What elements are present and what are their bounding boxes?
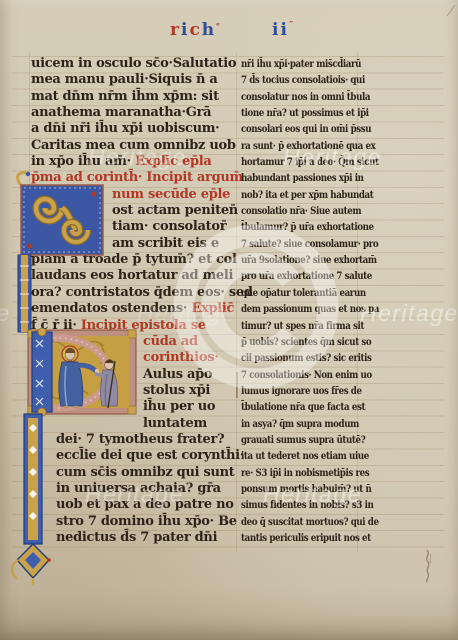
body-text: tione nr̄a? ut possimus et ip̄i [241,107,369,119]
text-line: tione nr̄a? ut possimus et ip̄i [241,105,356,121]
text-line: Aulus ap̄o [31,367,237,383]
body-text: f̄ c̄ r̄ ii· [31,318,81,333]
text-line: nob? ita et per xp̄m habundat [241,187,356,203]
pen-mark [418,548,436,584]
text-line: stro 7 domino ih̄u xp̄o· Be [31,514,237,530]
text-line: consolari eos qui in om̄i p̄ssu [241,121,356,137]
body-text: anathema maranatha·Grā [31,105,211,120]
body-text: ora? contristatos q̄dem eos· sed [31,285,253,300]
marginal-flourish-top [18,172,28,188]
text-line: in asya? q̄m supra modum [241,416,356,432]
body-text: am scribit eis e [112,236,219,251]
rubric-text: p̄ma ad corinth̄· Incipit argum̄ [31,170,243,185]
body-text: Caritas mea cum omnibz uob [31,138,236,153]
running-title-mark: ᵉ [216,21,220,31]
text-line: eccl̄ie dei que est corynth̄i· [31,448,237,464]
text-line: ora? contristatos q̄dem eos· sed [31,285,237,301]
text-line: corinthios· [31,350,237,366]
text-line: uicem in osculo sc̄o·Salutatio [31,56,237,72]
numeral-mark: ˜ [289,21,294,31]
text-line: p̄ma ad corinth̄· Incipit argum̄ [31,170,237,186]
running-title: richᵉ ii˜ [0,20,458,46]
body-text: a dn̄i nr̄i ih̄u xp̄i uobiscum· [31,121,219,136]
text-line: lumus ignorare uos fr̄es de [241,383,356,399]
body-text: hortamur 7 ip̄i a deo· Q̄m sicut [241,156,379,168]
text-line: mea manu pauli·Siquis n̄ a [31,72,237,88]
rubric-text: num secūde ep̄le [112,187,230,202]
text-line: uob et pax a deo patre no [31,497,237,513]
watermark-text: Heritage [0,300,11,327]
text-line: plam a troade p̄ tytum̄? et col [31,252,237,268]
body-text: nob? ita et per xp̄m habundat [241,189,373,201]
body-text: consolatio nr̄a· Siue autem [241,205,361,217]
text-line: simus fidentes in nobis? s3 in [241,497,356,513]
body-text: plam a troade p̄ tytum̄? et col [31,252,237,267]
text-line: tiam· consolator̄ [31,219,237,235]
body-text: 7 d̄s tocius consolatiois· qui [241,74,365,86]
body-text: uob et pax a deo patre no [56,497,234,512]
body-text: eccl̄ie dei que est corynth̄i· [56,448,244,463]
body-text: cum sc̄is omnibz qui sunt [56,465,235,480]
text-line: in uniuersa achaia? gr̄a [31,481,237,497]
body-text: luntatem [143,416,207,431]
body-text: emendatos ostendens· [31,301,191,316]
rubric-text: Explīc ep̄la [135,154,212,169]
running-title-word: richᵉ [170,20,220,40]
text-line: ost actam peniten̄ [31,203,237,219]
body-text: mat dn̄m nr̄m ih̄m xp̄m: sit [31,89,219,104]
body-text: tiam· consolator̄ [112,219,226,234]
text-line: deo q̄ suscitat mortuos? qui de [241,514,356,530]
text-line: luntatem [31,416,237,432]
body-text: cii passionum estis? sic eritis [241,352,371,364]
body-text: habundant passiones xp̄i in [241,172,364,184]
text-line: re· S3 ip̄i in nobismetip̄is res [241,465,356,481]
body-text: nedictus d̄s 7 pater dn̄i [56,530,217,545]
paragraph-tick [236,372,238,398]
body-text: consolari eos qui in om̄i p̄ssu [241,123,371,135]
text-line: num secūde ep̄le [31,187,237,203]
text-line: grauati sumus supra ūtutē? [241,432,356,448]
body-text: ost actam peniten̄ [112,203,238,218]
text-line: dei· 7 tymotheus frater? [31,432,237,448]
text-line: nr̄i ih̄u xp̄i·pater mis̄cd̄iarū [241,56,356,72]
body-text: lumus ignorare uos fr̄es de [241,385,362,397]
text-line: ra sunt· p̄ exhortationē qua ex [241,138,356,154]
body-text: in asya? q̄m supra modum [241,418,359,430]
body-text: ih̄u per uo [143,399,215,414]
body-text: pro ur̄a exhortatione 7 salute [241,270,372,282]
text-line: ita ut tederet nos etiam uiue [241,448,356,464]
body-text: grauati sumus supra ūtutē? [241,434,365,446]
running-title-numeral: ii˜ [272,20,293,40]
body-text: in uniuersa achaia? gr̄a [56,481,221,496]
text-line: mat dn̄m nr̄m ih̄m xp̄m: sit [31,89,237,105]
text-line: pro ur̄a exhortatione 7 salute [241,268,356,284]
rubric-text: cūda ad [143,334,198,349]
text-column-right: nr̄i ih̄u xp̄i·pater mis̄cd̄iarū7 d̄s to… [241,56,356,546]
rubric-text: Incipit epistola se [81,318,206,333]
text-line: timur? ut spes nr̄a firma sit [241,318,356,334]
body-text: tantis periculis eripuit nos et [241,532,371,544]
body-text: nr̄i ih̄u xp̄i·pater mis̄cd̄iarū [241,58,361,70]
text-line: hortamur 7 ip̄i a deo· Q̄m sicut [241,154,356,170]
body-text: deo q̄ suscitat mortuos? qui de [241,516,379,528]
text-line: ih̄u per uo [31,399,237,415]
text-line: nedictus d̄s 7 pater dn̄i [31,530,237,546]
body-text: Aulus ap̄o [143,367,212,382]
text-line: cum sc̄is omnibz qui sunt [31,465,237,481]
body-text: consolatur nos in omni t̄bula [241,91,370,103]
body-text: in xp̄o ih̄u am̄· [31,154,135,169]
text-line: Caritas mea cum omnibz uob [31,138,237,154]
text-line: cūda ad [31,334,237,350]
text-line: in xp̄o ih̄u am̄· Explīc ep̄la [31,154,237,170]
text-line: 7 consolationis· Non enim uo [241,367,356,383]
text-line: ponsum mortis habuim̄? ut n̄ [241,481,356,497]
body-text: t̄bulamur? p̄ ur̄a exhortatione [241,221,374,233]
body-text: laudans eos hortatur ad meli [31,268,233,283]
manuscript-page: richᵉ ii˜ uicem in osculo sc̄o·Salutatio… [0,0,458,640]
body-text: que op̄atur tolerantiā earun [241,287,366,299]
flourish-dot [26,172,30,176]
body-text: simus fidentes in nobis? s3 in [241,499,373,511]
text-line: t̄bulamur? p̄ ur̄a exhortatione [241,219,356,235]
text-line: p̄ uobis? scientes q̄m sicut so [241,334,356,350]
body-text: stolus xp̄i [143,383,210,398]
text-line: 7 salute? siue consolamur· pro [241,236,356,252]
text-line: am scribit eis e [31,236,237,252]
text-line: ur̄a 9solatione? siue exhortam̄ [241,252,356,268]
text-line: stolus xp̄i [31,383,237,399]
body-text: dei· 7 tymotheus frater? [56,432,224,447]
text-line: consolatur nos in omni t̄bula [241,89,356,105]
body-text: re· S3 ip̄i in nobismetip̄is res [241,467,369,479]
running-title-letter: h [202,20,216,40]
marginal-bar [18,255,31,332]
body-text: mea manu pauli·Siquis n̄ a [31,72,218,87]
body-text: ur̄a 9solatione? siue exhortam̄ [241,254,377,266]
text-line: emendatos ostendens· Explic̄ [31,301,237,317]
text-line: 7 d̄s tocius consolatiois· qui [241,72,356,88]
rubric-text: Explic̄ [191,301,234,316]
body-text: timur? ut spes nr̄a firma sit [241,320,364,332]
body-text: uicem in osculo sc̄o·Salutatio [31,56,236,71]
body-text: p̄ uobis? scientes q̄m sicut so [241,336,371,348]
corner-mark [445,4,457,18]
body-text: stro 7 domino ih̄u xp̄o· Be [56,514,237,529]
text-line: dem passionum quas et nos pa [241,301,356,317]
body-text: t̄bulatione nr̄a que facta est [241,401,365,413]
body-text: ponsum mortis habuim̄? ut n̄ [241,483,371,495]
text-line: tantis periculis eripuit nos et [241,530,356,546]
running-title-letter: c [189,20,201,40]
text-line: t̄bulatione nr̄a que facta est [241,399,356,415]
text-line: a dn̄i nr̄i ih̄u xp̄i uobiscum· [31,121,237,137]
body-text: ra sunt· p̄ exhortationē qua ex [241,140,375,152]
text-line: consolatio nr̄a· Siue autem [241,203,356,219]
text-line: habundant passiones xp̄i in [241,170,356,186]
text-line: que op̄atur tolerantiā earun [241,285,356,301]
text-line: cii passionum estis? sic eritis [241,350,356,366]
text-column-left: uicem in osculo sc̄o·Salutatiomea manu p… [31,56,237,546]
running-title-letter: r [170,20,181,40]
body-text: ita ut tederet nos etiam uiue [241,450,369,462]
body-text: 7 consolationis· Non enim uo [241,369,372,381]
body-text: 7 salute? siue consolamur· pro [241,238,378,250]
text-line: f̄ c̄ r̄ ii· Incipit epistola se [31,318,237,334]
body-text: dem passionum quas et nos pa [241,303,379,315]
column-rule-left [29,52,30,552]
rubric-text: corinthios· [143,350,218,365]
text-line: laudans eos hortatur ad meli [31,268,237,284]
text-line: anathema maranatha·Grā [31,105,237,121]
